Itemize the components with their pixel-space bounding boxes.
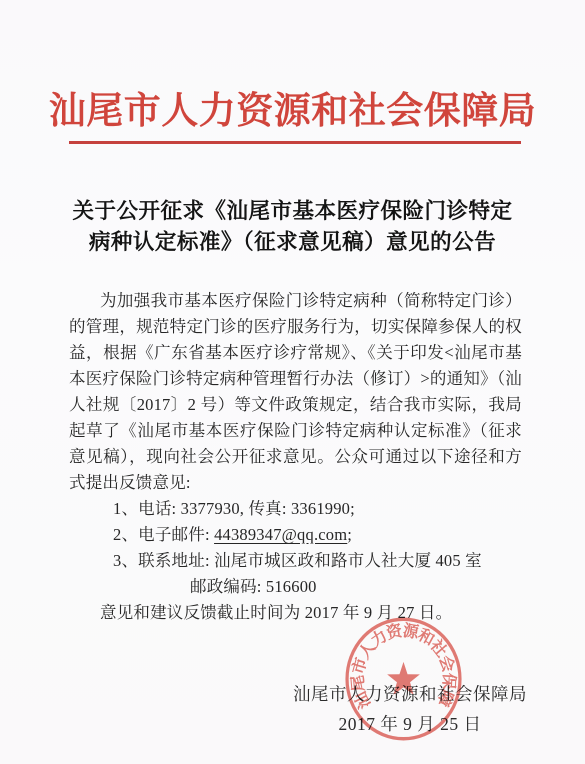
- contact-address-line: 3、联系地址: 汕尾市城区政和路市人社大厦 405 室: [69, 548, 522, 574]
- document-title: 关于公开征求《汕尾市基本医疗保险门诊特定 病种认定标准》（征求意见稿）意见的公告: [40, 196, 545, 258]
- document-title-line1: 关于公开征求《汕尾市基本医疗保险门诊特定: [40, 196, 545, 227]
- postcode-line: 邮政编码: 516600: [69, 574, 522, 600]
- contact-email-suffix: ;: [347, 525, 352, 544]
- signature-date: 2017 年 9 月 25 日: [290, 710, 530, 740]
- document-title-line2: 病种认定标准》（征求意见稿）意见的公告: [40, 227, 545, 258]
- contact-phone-line: 1、电话: 3377930, 传真: 3361990;: [69, 496, 522, 522]
- document-page: 汕尾市人力资源和社会保障局 关于公开征求《汕尾市基本医疗保险门诊特定 病种认定标…: [0, 0, 585, 764]
- deadline-line: 意见和建议反馈截止时间为 2017 年 9 月 27 日。: [69, 600, 522, 626]
- document-body: 为加强我市基本医疗保险门诊特定病种（简称特定门诊）的管理，规范特定门诊的医疗服务…: [69, 288, 522, 626]
- contact-email-address: 44389347@qq.com: [214, 525, 347, 544]
- header-divider-line: [69, 141, 521, 144]
- intro-paragraph: 为加强我市基本医疗保险门诊特定病种（简称特定门诊）的管理，规范特定门诊的医疗服务…: [69, 288, 522, 496]
- contact-email-line: 2、电子邮件: 44389347@qq.com;: [69, 522, 522, 548]
- contact-email-label: 2、电子邮件:: [113, 525, 214, 544]
- signature-org: 汕尾市人力资源和社会保障局: [290, 680, 530, 710]
- issuing-org-header: 汕尾市人力资源和社会保障局: [0, 80, 585, 134]
- signature-block: 汕尾市人力资源和社会保障局 2017 年 9 月 25 日: [290, 680, 530, 739]
